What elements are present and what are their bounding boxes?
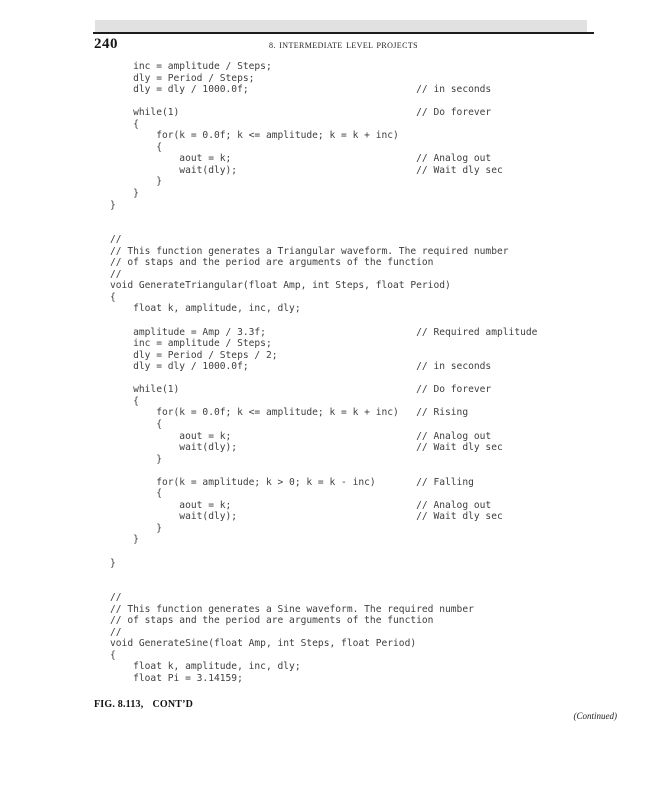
figure-caption: FIG. 8.113,CONT’D — [94, 699, 193, 710]
continued-note: (Continued) — [574, 711, 618, 721]
figure-caption-label: FIG. 8.113, — [94, 699, 143, 710]
figure-caption-suffix: CONT’D — [152, 699, 193, 710]
header-bar — [95, 20, 587, 32]
book-page: 240 8. INTERMEDIATE LEVEL PROJECTS inc =… — [0, 0, 648, 800]
header-rule — [93, 32, 594, 34]
code-listing: inc = amplitude / Steps; dly = Period / … — [110, 61, 537, 685]
running-head: 8. INTERMEDIATE LEVEL PROJECTS — [93, 41, 594, 50]
